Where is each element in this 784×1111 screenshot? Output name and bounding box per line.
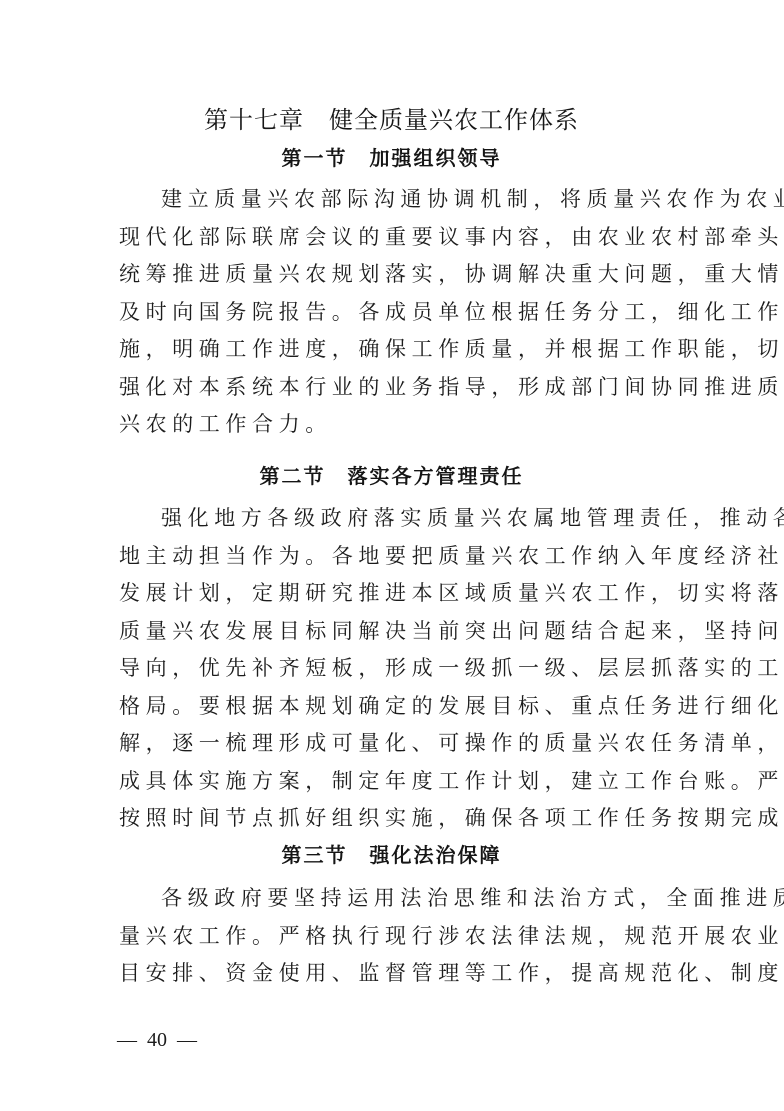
chapter-title: 第十七章 健全质量兴农工作体系 [119, 104, 664, 136]
section-title-1: 第一节 加强组织领导 [119, 143, 664, 173]
paragraph-line: 目安排、资金使用、监督管理等工作，提高规范化、制度化、 [119, 955, 664, 993]
section-1-paragraph: 建立质量兴农部际沟通协调机制，将质量兴农作为农业 现代化部际联席会议的重要议事内… [119, 181, 664, 444]
paragraph-line: 质量兴农发展目标同解决当前突出问题结合起来，坚持问题 [119, 613, 664, 651]
paragraph-line: 解，逐一梳理形成可量化、可操作的质量兴农任务清单，形 [119, 725, 664, 763]
paragraph-line: 量兴农工作。严格执行现行涉农法律法规，规范开展农业项 [119, 918, 664, 956]
paragraph-line: 统筹推进质量兴农规划落实，协调解决重大问题，重大情况 [119, 256, 664, 294]
section-title-2: 第二节 落实各方管理责任 [119, 461, 664, 491]
paragraph-line: 兴农的工作合力。 [119, 406, 664, 444]
paragraph-line: 施，明确工作进度，确保工作质量，并根据工作职能，切实 [119, 331, 664, 369]
section-title-3: 第三节 强化法治保障 [119, 840, 664, 870]
paragraph-line: 及时向国务院报告。各成员单位根据任务分工，细化工作措 [119, 294, 664, 332]
page-number: — 40 — [117, 1027, 197, 1053]
document-page: 第十七章 健全质量兴农工作体系 第一节 加强组织领导 建立质量兴农部际沟通协调机… [119, 0, 664, 1111]
paragraph-line: 建立质量兴农部际沟通协调机制，将质量兴农作为农业 [119, 181, 664, 219]
section-3-paragraph: 各级政府要坚持运用法治思维和法治方式，全面推进质 量兴农工作。严格执行现行涉农法… [119, 880, 664, 993]
paragraph-line: 成具体实施方案，制定年度工作计划，建立工作台账。严格 [119, 763, 664, 801]
paragraph-line: 强化地方各级政府落实质量兴农属地管理责任，推动各 [119, 500, 664, 538]
paragraph-line: 现代化部际联席会议的重要议事内容，由农业农村部牵头， [119, 219, 664, 257]
paragraph-line: 导向，优先补齐短板，形成一级抓一级、层层抓落实的工作 [119, 650, 664, 688]
paragraph-line: 发展计划，定期研究推进本区域质量兴农工作，切实将落实 [119, 575, 664, 613]
paragraph-line: 地主动担当作为。各地要把质量兴农工作纳入年度经济社会 [119, 538, 664, 576]
paragraph-line: 各级政府要坚持运用法治思维和法治方式，全面推进质 [119, 880, 664, 918]
paragraph-line: 格局。要根据本规划确定的发展目标、重点任务进行细化分 [119, 688, 664, 726]
section-2-paragraph: 强化地方各级政府落实质量兴农属地管理责任，推动各 地主动担当作为。各地要把质量兴… [119, 500, 664, 838]
paragraph-line: 强化对本系统本行业的业务指导，形成部门间协同推进质量 [119, 369, 664, 407]
paragraph-line: 按照时间节点抓好组织实施，确保各项工作任务按期完成。 [119, 800, 664, 838]
